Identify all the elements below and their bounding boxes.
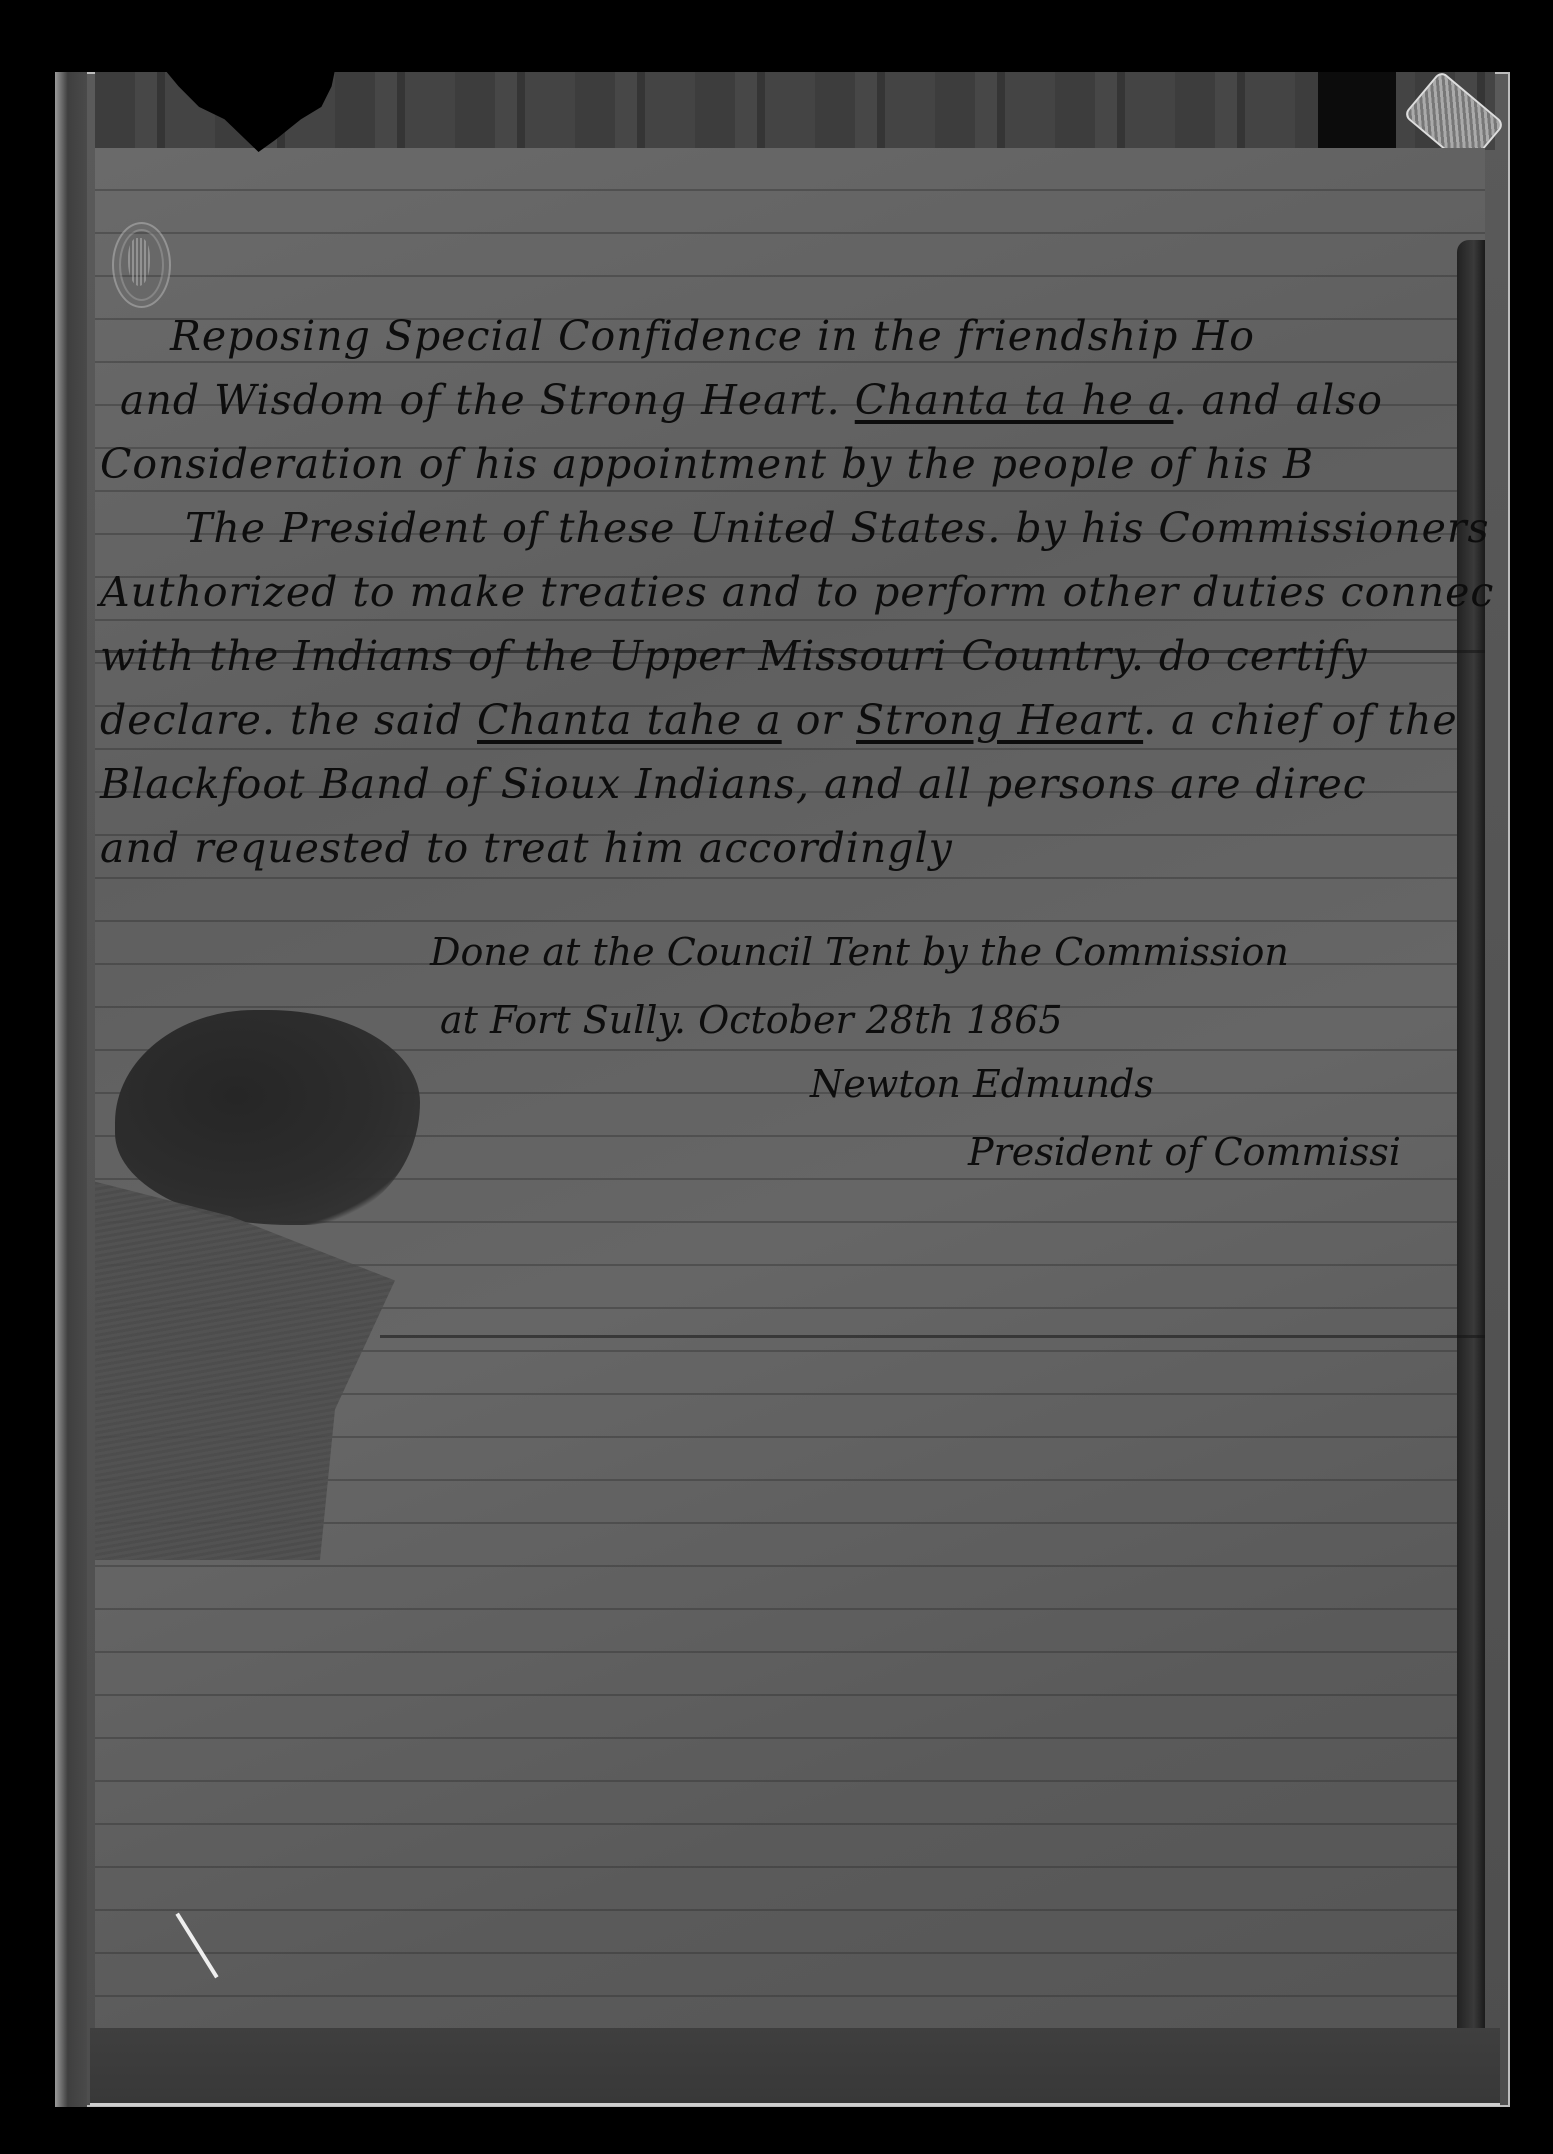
body-line-8: Blackfoot Band of Sioux Indians, and all… [100,760,1367,808]
body-line-5: Authorized to make treaties and to perfo… [100,568,1494,616]
closing-place: Done at the Council Tent by the Commissi… [430,930,1289,974]
body-line-9: and requested to treat him accordingly [100,824,953,872]
line2-suffix: . and also [1173,376,1382,424]
seal-wheat-sheaf-icon [128,238,150,286]
body-line-4: The President of these United States. by… [185,504,1490,552]
body-line-3: Consideration of his appointment by the … [100,440,1314,488]
body-line-6: with the Indians of the Upper Missouri C… [100,632,1368,680]
chief-name: Chanta ta he a [855,376,1174,424]
closing-date: at Fort Sully. October 28th 1865 [440,998,1063,1042]
body-line-7: declare. the said Chanta tahe a or Stron… [100,696,1458,744]
signature-title: President of Commissi [968,1130,1401,1174]
chief-alias: Strong Heart [856,696,1143,744]
chief-name-2: Chanta tahe a [477,696,782,744]
plate-bottom-band [90,2028,1500,2106]
line7-middle: or [782,696,856,744]
wax-seal-stain [115,1010,420,1225]
plate-edge-left [55,72,87,2107]
line7-suffix: . a chief of the [1143,696,1458,744]
embossed-seal-icon [112,222,171,308]
body-line-2: and Wisdom of the Strong Heart. Chanta t… [120,376,1383,424]
signature-name: Newton Edmunds [810,1062,1154,1106]
line7-prefix: declare. the said [100,696,477,744]
line2-prefix: and Wisdom of the Strong Heart. [120,376,855,424]
body-line-1: Reposing Special Confidence in the frien… [170,312,1255,360]
fold-crease [380,1335,1485,1338]
